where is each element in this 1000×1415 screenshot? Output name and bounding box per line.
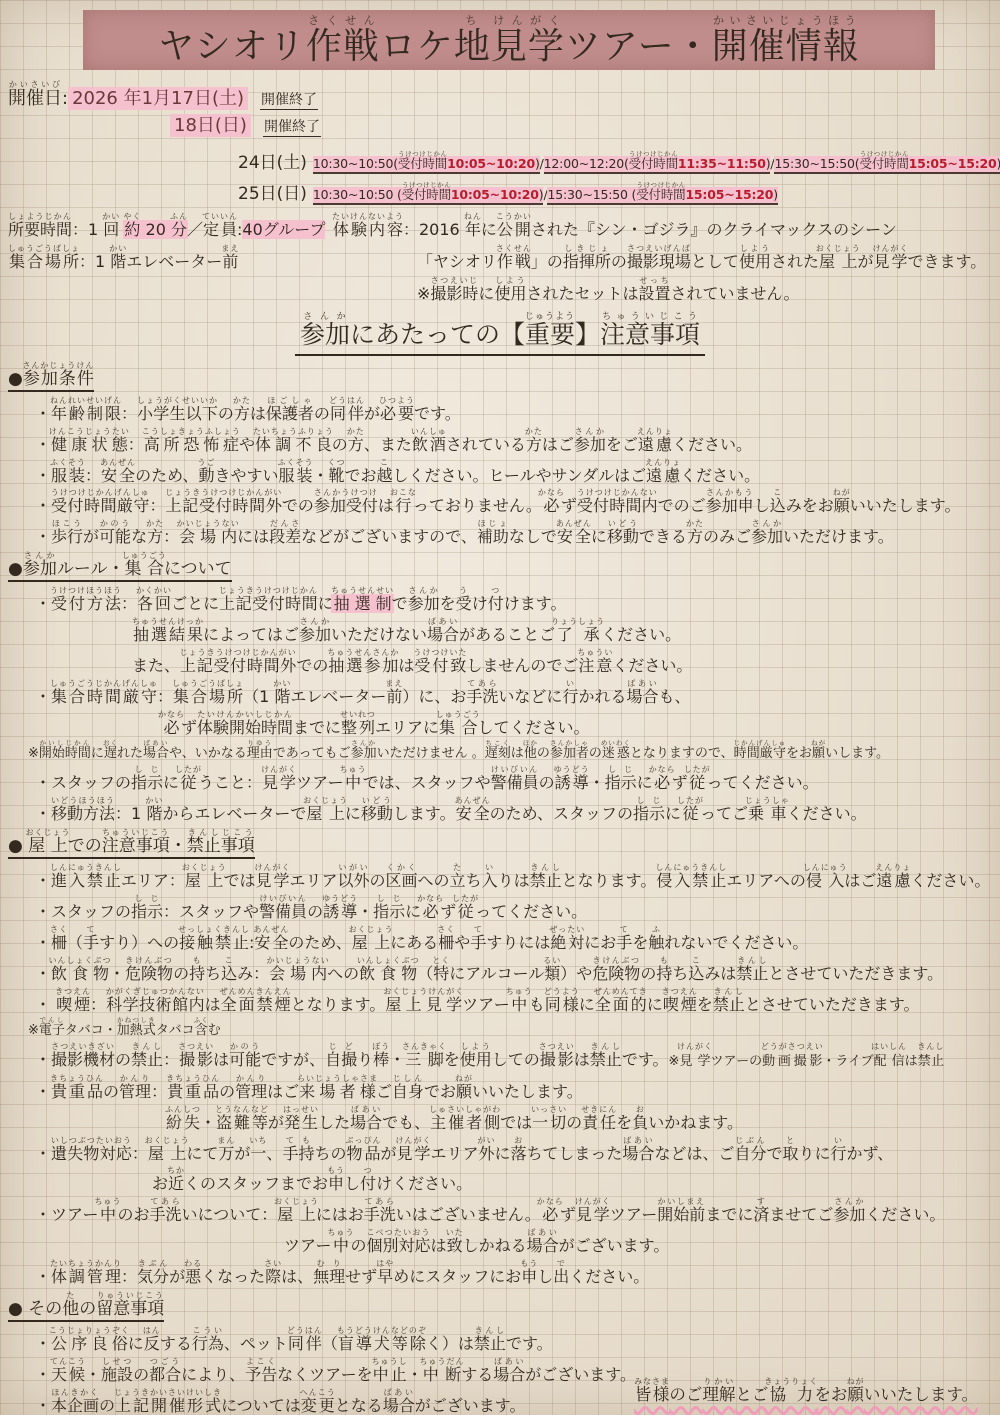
section-lines: ・受付方法うけつけほうほう：各回かくかいごとに上記受付時間じょうきうけつけじかん… xyxy=(0,586,1000,823)
text-line: ・年齢制限ねんれいせいげん：小学生以下しょうがくせいいかの方かたは保護者ほごしゃ… xyxy=(0,396,1000,423)
text-line: ・移動方法いどうほうほう：1 階かいからエレベーターで屋上おくじょうに移動いどう… xyxy=(0,796,1000,823)
event-date: 25日(日) xyxy=(238,184,307,204)
text-line: ・ 喫煙きつえん：科学技術館内かがくぎじゅつかんないは全面禁煙ぜんめんきんえんと… xyxy=(0,987,1000,1014)
duration-line: 所要時間しょようじかん：1 回かい 約やく 20 分ふん／定員ていいん:40グル… xyxy=(8,212,332,239)
text-line: ・健康状態けんこうじょうたい：高所恐怖症こうしょきょうふしょうや体調不良たいちょ… xyxy=(0,427,1000,454)
info-left-column: 所要時間しょようじかん：1 回かい 約やく 20 分ふん／定員ていいん:40グル… xyxy=(8,212,332,308)
text-line: ・公序良俗こうじょりょうぞくに反はんする行為こうい、ペット同伴どうはん（盲導犬等… xyxy=(0,1326,1000,1353)
schedule-row-jan18: 18日(日)開催終了 xyxy=(0,116,1000,136)
notice-heading-text: 参加さんかにあたっての【重要じゅうよう】注意事項ちゅういじこう xyxy=(295,312,705,356)
title-banner: ヤシオリ作戦さくせんロケ地ち見学けんがくツアー・開催情報かいさいじょうほう xyxy=(83,10,935,70)
section-header: ● その他たの留意事項りゅういじこう xyxy=(8,1291,164,1322)
event-date: 18日(日) xyxy=(170,114,251,137)
section-header: ●参加条件さんかじょうけん xyxy=(8,361,94,392)
section-header: ●参加さんかルール・集合しゅうごうについて xyxy=(8,551,232,582)
schedule-row-jan17: 開催日かいさいび:2026 年1月17日(土)開催終了 xyxy=(0,80,1000,109)
text-line: ・撮影機材さつえいきざいの禁止きんし：撮影さつえいは可能かのうですが、自撮じどり… xyxy=(0,1042,1000,1070)
event-date: 2026 年1月17日(土) xyxy=(68,87,248,110)
text-line: ※撮影時さつえいじに使用しようされたセットは設置せっちされていません。 xyxy=(332,276,1000,303)
event-date-label: 開催日かいさいび: xyxy=(8,88,68,109)
text-line: ・飲食物いんしょくぶつ・危険物きけんぶつの持もち込こみ：会場内かいじょうないへの… xyxy=(0,956,1000,983)
meeting-place-line: 集合場所しゅうごうばしょ：1 階かいエレベーター前まえ xyxy=(8,244,332,271)
text-line: ・受付時間厳守うけつけじかんげんしゅ：上記受付時間外じょうきうけつけじかんがいで… xyxy=(0,488,1000,515)
schedule-block: 開催日かいさいび:2026 年1月17日(土)開催終了 18日(日)開催終了 2… xyxy=(0,80,1000,204)
text-line: ・貴重品きちょうひんの管理かんり：貴重品きちょうひんの管理かんりはご来場者様らい… xyxy=(0,1074,1000,1101)
time-slots: 10:30~10:50 (受付時間うけつけじかん10:05~10:20)/15:… xyxy=(313,187,778,205)
section-rules-assembly: ●参加さんかルール・集合しゅうごうについて ・受付方法うけつけほうほう：各回かく… xyxy=(0,551,1000,823)
ended-badge: 開催終了 xyxy=(260,92,318,110)
text-line: ・ツアー中ちゅうのお手洗てあらいについて：屋上おくじょうにはお手洗てあらいはござ… xyxy=(0,1197,1000,1224)
text-line: 「ヤシオリ作戦さくせん」の指揮所しきじょの撮影現場さつえいげんばとして使用しよう… xyxy=(332,244,1000,271)
text-line: 体験内容たいけんないよう：2016 年ねんに公開こうかいされた『シン・ゴジラ』の… xyxy=(332,212,1000,239)
section-rooftop-rules: ● 屋上おくじょうでの注意事項ちゅういじこう・禁止事項きんしじこう ・進入禁止し… xyxy=(0,828,1000,1286)
section-header: ● 屋上おくじょうでの注意事項ちゅういじこう・禁止事項きんしじこう xyxy=(8,828,255,859)
text-line: ・集合時間厳守しゅうごうじかんげんしゅ：集合場所しゅうごうばしょ（1 階かいエレ… xyxy=(0,679,1000,706)
section-participation-conditions: ●参加条件さんかじょうけん ・年齢制限ねんれいせいげん：小学生以下しょうがくせい… xyxy=(0,361,1000,547)
text-line: ・スタッフの指示しじに従したがうこと：見学けんがくツアー中ちゅうでは、スタッフや… xyxy=(0,765,1000,792)
text-line: また、上記受付時間外じょうきうけつけじかんがいでの抽選参加ちゅうせんさんかは受付… xyxy=(0,648,1000,675)
text-line: ・服装ふくそう：安全あんぜんのため、動うごきやすい服装ふくそう・靴くつでお越こし… xyxy=(0,458,1000,485)
text-line: 抽選結果ちゅうせんけっかによってはご参加さんかいただけない場合ばあいがあることご… xyxy=(0,617,1000,644)
text-line: 必かならず体験開始時間たいけんかいしじかんまでに整列せいれつエリアに集合しゅうご… xyxy=(0,710,1000,737)
closing-note-text: 皆様みなさまのご理解りかいとご協力きょうりょくをお願ねがいいたします。 xyxy=(634,1385,978,1404)
text-line: ツアー中ちゅうの個別対応こべつたいおうは致いたしかねる場合ばあいがございます。 xyxy=(0,1228,1000,1255)
info-block: 所要時間しょようじかん：1 回かい 約やく 20 分ふん／定員ていいん:40グル… xyxy=(0,212,1000,308)
text-line: ・受付方法うけつけほうほう：各回かくかいごとに上記受付時間じょうきうけつけじかん… xyxy=(0,586,1000,613)
text-line: お近ちかくのスタッフまでお申もうし付つけください。 xyxy=(0,1166,1000,1193)
section-lines: ・進入禁止しんにゅうきんしエリア：屋上おくじょうでは見学けんがくエリア以外いがい… xyxy=(0,863,1000,1286)
schedule-row-jan24: 24日(土)10:30~10:50(受付時間うけつけじかん10:05~10:20… xyxy=(0,150,1000,173)
ended-badge: 開催終了 xyxy=(263,119,321,137)
text-line: ・進入禁止しんにゅうきんしエリア：屋上おくじょうでは見学けんがくエリア以外いがい… xyxy=(0,863,1000,890)
text-line: ・歩行ほこうが可能かのうな方かた：会場内かいじょうないには段差だんさなどがござい… xyxy=(0,519,1000,546)
closing-note: 皆様みなさまのご理解りかいとご協力きょうりょくをお願ねがいいたします。 xyxy=(634,1377,978,1405)
text-line: 紛失ふんしつ・盗難等とうなんなどが発生はっせいした場合ばあいでも、主催者側しゅさ… xyxy=(0,1105,1000,1132)
section-lines: ・年齢制限ねんれいせいげん：小学生以下しょうがくせいいかの方かたは保護者ほごしゃ… xyxy=(0,396,1000,547)
experience-description: 体験内容たいけんないよう：2016 年ねんに公開こうかいされた『シン・ゴジラ』の… xyxy=(332,212,1000,308)
event-date: 24日(土) xyxy=(238,153,307,173)
text-line: ・柵さく（手てすり）への接触禁止せっしょくきんし:安全あんぜんのため、屋上おくじ… xyxy=(0,925,1000,952)
page-title: ヤシオリ作戦さくせんロケ地ち見学けんがくツアー・開催情報かいさいじょうほう xyxy=(158,14,860,70)
text-line: ・スタッフの指示しじ：スタッフや警備員けいびいんの誘導ゆうどう・指示しじに必かな… xyxy=(0,894,1000,921)
time-slots: 10:30~10:50(受付時間うけつけじかん10:05~10:20)/12:0… xyxy=(313,156,1000,174)
notice-heading: 参加さんかにあたっての【重要じゅうよう】注意事項ちゅういじこう xyxy=(0,312,1000,356)
schedule-row-jan25: 25日(日)10:30~10:50 (受付時間うけつけじかん10:05~10:2… xyxy=(0,181,1000,204)
text-line: ・遺失物対応いしつぶつたいおう：屋上おくじょうにて万まんが一いち、手持てもちの物… xyxy=(0,1136,1000,1163)
flyer-page: ヤシオリ作戦さくせんロケ地ち見学けんがくツアー・開催情報かいさいじょうほう 開催… xyxy=(0,0,1000,1415)
text-line: ※開始時間かいしじかんに遅おくれた場合ばあいや、いかなる理由りゆうであってもご参… xyxy=(0,739,1000,762)
text-line: ・体調管理たいちょうかんり：気分きぶんが悪わるくなった際さいは、無理むりせず早は… xyxy=(0,1259,1000,1286)
text-line: ※電子でんしタバコ・加熱式かねつしきタバコ含ふくむ xyxy=(0,1016,1000,1039)
